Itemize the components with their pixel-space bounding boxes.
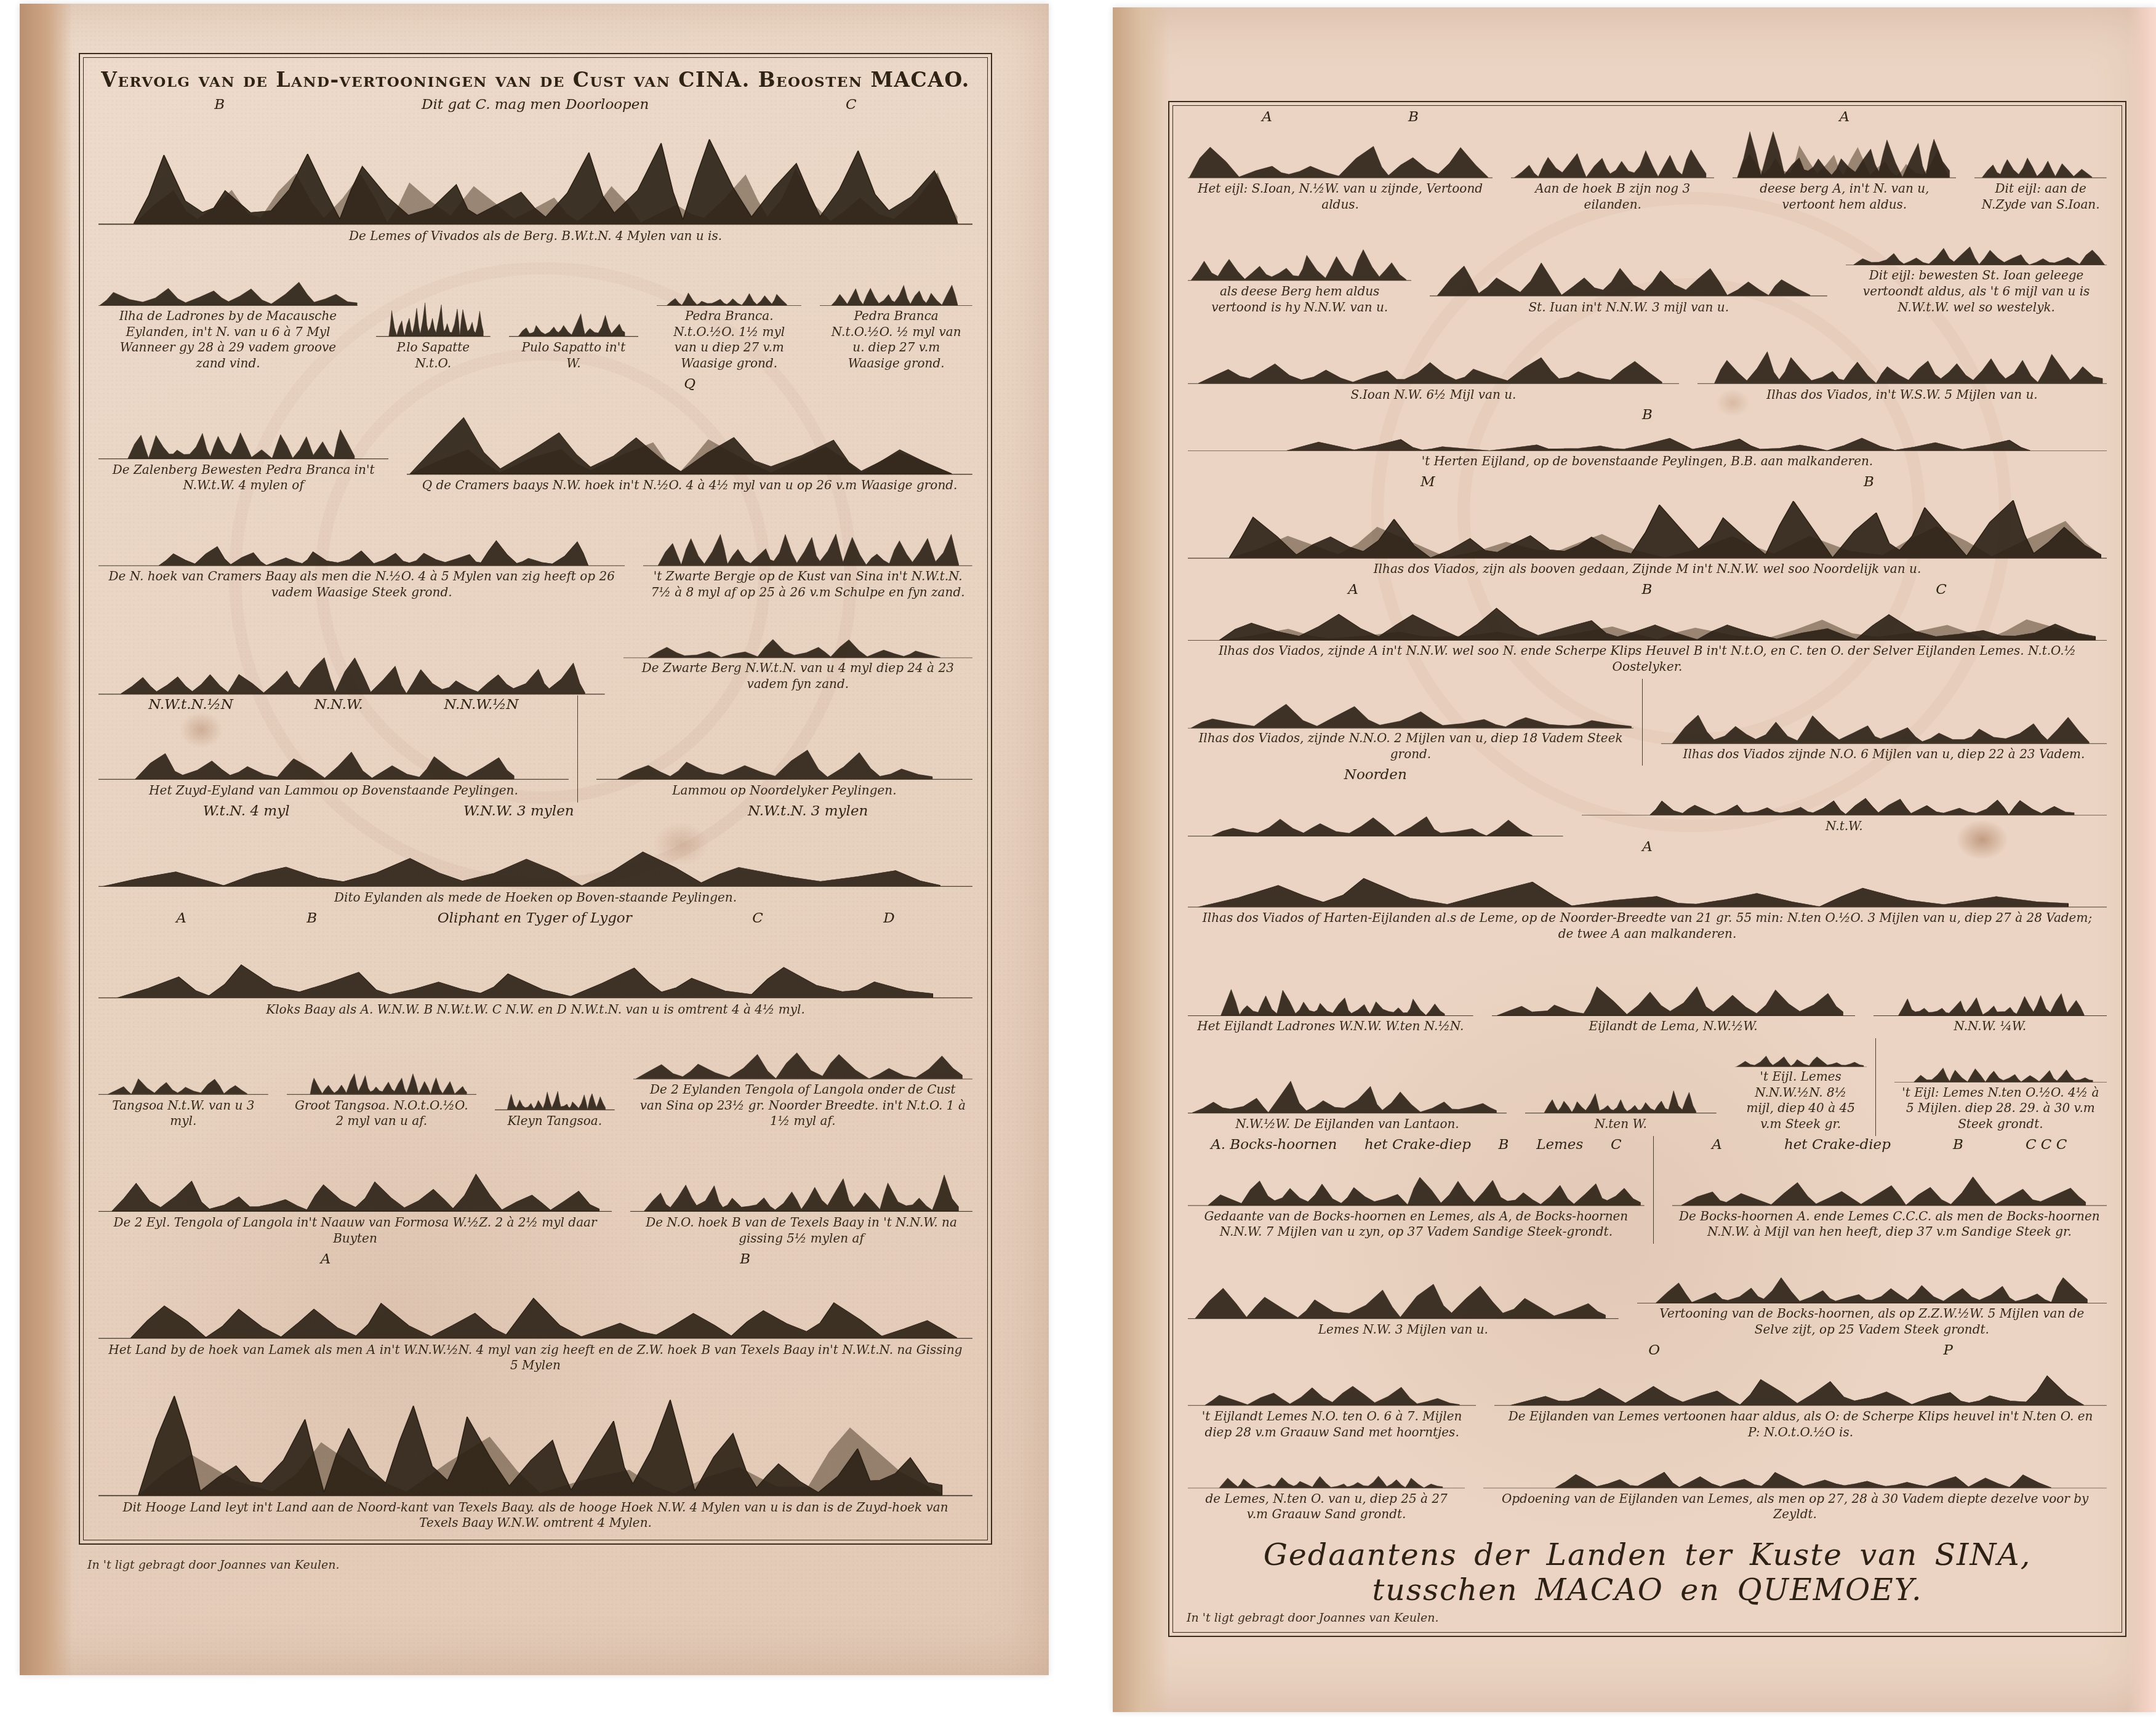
coastline-ridge [1737,132,1950,178]
reference-letter-label: D [883,910,894,926]
reference-letter-label: B [1499,1137,1509,1153]
profile-caption: Kleyn Tangsoa. [495,1111,615,1133]
coastline-ridge [1191,250,1406,281]
coastal-profile-drawing: Ahet Crake-diepBC C C [1672,1136,2107,1207]
coastal-profile-drawing [633,1021,972,1080]
sea-baseline [1525,1113,1717,1113]
coastal-profile-drawing [1735,1038,1867,1067]
coastal-profile-panel: Lammou op Noordelyker Peylingen. [596,695,972,802]
coastline-ridge [618,750,932,779]
coastal-profile-drawing [1846,216,2107,266]
coastline-ridge [159,540,588,565]
coastline-ridge [1982,158,2093,178]
mountain-silhouette [98,375,388,460]
profile-row: Lemes N.W. 3 Mijlen van u.Vertooning van… [1185,1244,2109,1342]
sea-baseline [1188,450,2107,451]
sea-baseline [98,1211,612,1212]
profile-row: Ilhas dos Viados, zijnde N.N.O. 2 Mijlen… [1185,679,2109,766]
sea-baseline [1188,836,1563,837]
profile-row: Dit Hooge Land leyt in't Land aan de Noo… [96,1377,975,1535]
reference-letter-label: P [1943,1342,1952,1358]
coastal-profile-drawing: BDit gat C. mag men DoorloopenC [98,95,972,226]
reference-letter-label: C [1611,1137,1622,1153]
coastal-profile-panel: De N. hoek van Cramers Baay als men die … [98,497,625,604]
sea-baseline [1188,1015,1473,1016]
profile-row: W.t.N. 4 mylW.N.W. 3 mylenN.W.t.N. 3 myl… [96,802,975,910]
profile-row: NoordenN.t.W. [1185,766,2109,838]
profile-row: ABHet Land by de hoek van Lamek als men … [96,1250,975,1377]
coastal-profile-drawing [98,375,388,460]
profile-caption: Groot Tangsoa. N.O.t.O.½O. 2 myl van u a… [287,1096,476,1133]
sea-baseline [98,998,972,998]
coastal-profile-drawing [1974,108,2107,179]
profile-caption: De Zwarte Berg N.W.t.N. van u 4 myl diep… [623,658,972,695]
reference-letter-label: B [307,910,317,926]
coastal-profile-panel: Ilhas dos Viados zijnde N.O. 6 Mijlen va… [1661,679,2107,766]
coastal-profile-panel [98,604,605,696]
coastline-ridge [1189,146,1488,178]
left-plate-title: Vervolg van de Land-vertooningen van de … [84,58,987,93]
coastal-profile-panel: De Zwarte Berg N.W.t.N. van u 4 myl diep… [623,604,972,696]
profile-marks: BDit gat C. mag men DoorloopenC [116,97,955,113]
coastline-ridge [1515,150,1707,177]
profile-row: S.Ioan N.W. 6½ Mijl van u.Ilhas dos Viad… [1185,319,2109,406]
bearing-annotation: Lemes [1536,1137,1583,1153]
coastal-profile-panel: N.W.½W. De Eijlanden van Lantaon. [1188,1038,1507,1136]
reference-letter-label: B [1408,109,1419,125]
mountain-silhouette [1974,108,2107,179]
coastline-ridge [1219,1476,1443,1488]
profile-caption: Gedaante van de Bocks-hoornen en Lemes, … [1188,1207,1645,1244]
sea-baseline [1188,1406,1476,1406]
mountain-silhouette [1188,1341,1476,1407]
mountain-silhouette [1430,216,1827,297]
bearing-annotation: Noorden [1344,767,1407,783]
sea-baseline [1974,177,2107,178]
coastal-profile-panel: Pedra Branca. N.t.O.½O. 1½ myl van u die… [657,248,801,375]
sea-baseline [630,1211,972,1212]
coastline-ridge [1649,799,2074,815]
coastal-profile-panel: ABCIlhas dos Viados, zijnde A in't N.N.W… [1188,581,2107,679]
coastal-profile-panel: Pulo Sapatto in't W. [509,248,638,375]
profile-marks: Q [419,376,961,392]
profile-row: de Lemes, N.ten O. van u, diep 25 à 27 v… [1185,1444,2109,1526]
coastal-profile-drawing [820,248,972,306]
reference-letter-label: B [740,1251,750,1267]
profile-marks: Noorden [1195,767,1555,783]
right-page-outer-edge [2128,7,2156,1712]
profile-row: De N. hoek van Cramers Baay als men die … [96,497,975,604]
coastal-profile-drawing [1188,679,1633,729]
sea-baseline [98,1094,268,1095]
coastal-profile-panel: N.W.t.N.½NN.N.W.N.N.W.½NHet Zuyd-Eyland … [98,695,578,802]
sea-baseline [98,886,972,887]
coastal-profile-panel: Noorden [1188,766,1563,838]
mountain-silhouette [509,248,638,338]
sea-baseline [98,1495,972,1496]
profile-caption: 't Zwarte Bergje op de Kust van Sina in'… [643,567,972,604]
coastal-profile-panel: Tangsoa N.t.W. van u 3 myl. [98,1021,268,1133]
sea-baseline [820,305,972,306]
profile-caption: N.t.W. [1582,817,2107,838]
coastal-profile-panel: BDit gat C. mag men DoorloopenCDe Lemes … [98,95,972,248]
mountain-silhouette [1846,216,2107,266]
sea-baseline [1188,1205,1645,1206]
coastal-profile-panel: N.N.W. ¼W. [1873,946,2107,1038]
mountain-silhouette [1637,1244,2107,1304]
sea-baseline [98,566,625,566]
mountain-silhouette [1188,216,1411,282]
coastal-profile-panel: Eijlandt de Lema, N.W.½W. [1492,946,1855,1038]
profile-row: Het Eijlandt Ladrones W.N.W. W.ten N.½N.… [1185,946,2109,1038]
right-plate-frame: ABHet eijl: S.Ioan, N.½W. van u zijnde, … [1168,101,2126,1637]
profile-marks: AB [1194,109,1486,125]
coastline-ridge [1914,1068,2093,1082]
profile-caption: als deese Berg hem aldus vertoond is hy … [1188,282,1411,319]
sea-baseline [1188,907,2107,908]
coastal-profile-panel: Het Eijlandt Ladrones W.N.W. W.ten N.½N. [1188,946,1473,1038]
profile-row: als deese Berg hem aldus vertoond is hy … [1185,216,2109,319]
profile-row: N.W.½W. De Eijlanden van Lantaon.N.ten W… [1185,1038,2109,1136]
sea-baseline [657,305,801,306]
reference-letter-label: A [1840,109,1850,125]
profile-marks: A [1737,109,1952,125]
coastal-profile-drawing [623,604,972,659]
mountain-silhouette [98,1021,268,1096]
sea-baseline [509,336,638,337]
bearing-annotation: C C C [2026,1137,2067,1153]
coastal-profile-drawing [495,1021,615,1111]
profile-caption: De Zalenberg Bewesten Pedra Branca in't … [98,460,388,497]
coastline-ridge [518,314,625,336]
mountain-silhouette [1735,1038,1867,1067]
profile-caption: deese berg A, in't N. van u, vertoont he… [1733,179,1956,216]
coastline-ridge [1199,879,2068,907]
coastal-profile-panel: Vertooning van de Bocks-hoornen, als op … [1637,1244,2107,1342]
coastal-profile-drawing [98,1133,612,1213]
profile-caption: Het Zuyd-Eyland van Lammou op Bovenstaan… [98,781,569,802]
reference-letter-label: Q [684,376,695,392]
coastal-profile-panel: Ilhas dos Viados, in't W.S.W. 5 Mijlen v… [1697,319,2107,406]
profile-caption: Het Land by de hoek van Lamek als men A … [98,1340,972,1377]
coastal-profile-panel: ABHet Land by de hoek van Lamek als men … [98,1250,972,1377]
bearing-annotation: W.N.W. 3 mylen [463,803,574,819]
coastal-profile-drawing [509,248,638,338]
coastal-profile-drawing [1430,216,1827,297]
profile-row: BDit gat C. mag men DoorloopenCDe Lemes … [96,95,975,248]
profile-marks: N.W.t.N.½NN.N.W.N.N.W.½N [108,697,559,713]
profile-row: De Zwarte Berg N.W.t.N. van u 4 myl diep… [96,604,975,696]
profile-caption: Eijlandt de Lema, N.W.½W. [1492,1017,1855,1038]
coastal-profile-drawing: B [1188,406,2107,452]
right-imprint: In 't ligt gebragt door Joannes van Keul… [1173,1607,2122,1632]
reference-letter-label: A [1712,1137,1722,1153]
profile-caption: Dit eijl: aan de N.Zyde van S.Ioan. [1974,179,2107,216]
profile-row: A. Bocks-hoornenhet Crake-diepBLemesCGed… [1185,1136,2109,1244]
profile-caption: Aan de hoek B zijn nog 3 eilanden. [1511,179,1714,216]
mountain-silhouette [1188,946,1473,1017]
profile-marks: B [1206,407,2088,423]
coastal-profile-panel: B't Herten Eijland, op de bovenstaande P… [1188,406,2107,473]
coastline-ridge [667,293,787,305]
right-profile-rows: ABHet eijl: S.Ioan, N.½W. van u zijnde, … [1173,106,2122,1531]
coastline-ridge [1656,1278,2087,1303]
reference-letter-label: A [1348,582,1358,598]
coastal-profile-drawing [1637,1244,2107,1304]
reference-letter-label: B [1953,1137,1963,1153]
coastal-profile-drawing: MB [1188,473,2107,560]
coastal-profile-panel: Dit eijl: bewesten St. Ioan geleege vert… [1846,216,2107,319]
coastal-profile-drawing [1582,766,2107,816]
coastal-profile-drawing [1188,1444,1465,1489]
coastal-profile-panel: De Zalenberg Bewesten Pedra Branca in't … [98,375,388,497]
profile-caption: N.W.½W. De Eijlanden van Lantaon. [1188,1115,1507,1136]
coastline-ridge [1192,1081,1496,1113]
profile-caption: Ilhas dos Viados, zijnde N.N.O. 2 Mijlen… [1188,729,1633,766]
bearing-annotation: N.N.W. [315,697,363,713]
profile-caption: de Lemes, N.ten O. van u, diep 25 à 27 v… [1188,1489,1465,1526]
profile-caption: N.N.W. ¼W. [1873,1017,2107,1038]
bearing-annotation: N.W.t.N. 3 mylen [748,803,868,819]
scanned-engraving-plates: Vervolg van de Land-vertooningen van de … [0,0,2156,1717]
profile-row: N.W.t.N.½NN.N.W.N.N.W.½NHet Zuyd-Eyland … [96,695,975,802]
sea-baseline [1188,1113,1507,1113]
coastal-profile-panel: Lemes N.W. 3 Mijlen van u. [1188,1244,1619,1342]
coastal-profile-drawing [1697,319,2107,385]
sea-baseline [98,1338,972,1339]
coastal-profile-drawing: AB [1188,108,1493,179]
coastline-ridge [659,534,959,566]
coastline-ridge [131,1299,957,1338]
mountain-silhouette [1697,319,2107,385]
coastal-profile-panel: De 2 Eyl. Tengola of Langola in't Naauw … [98,1133,612,1250]
coastal-profile-panel: Aan de hoek B zijn nog 3 eilanden. [1511,108,1714,216]
profile-caption: Het eijl: S.Ioan, N.½W. van u zijnde, Ve… [1188,179,1493,216]
coastal-profile-panel: P.lo Sapatte N.t.O. [376,248,491,375]
reference-letter-label: M [1421,474,1435,490]
sea-baseline [1511,177,1714,178]
bearing-annotation: Oliphant en Tyger of Lygor [438,910,632,926]
profile-caption: Pulo Sapatto in't W. [509,338,638,375]
coastal-profile-drawing: Q [407,375,972,476]
sea-baseline [1188,177,1493,178]
coastal-profile-drawing: A. Bocks-hoornenhet Crake-diepBLemesC [1188,1136,1645,1207]
sea-baseline [1188,383,1679,384]
sea-baseline [1846,265,2107,266]
sea-baseline [1661,743,2107,743]
sea-baseline [1483,1488,2107,1489]
coastal-profile-panel: AIlhas dos Viados of Harten-Eijlanden al… [1188,838,2107,945]
coastline-ridge [832,285,958,305]
coastline-ridge [636,1053,962,1079]
sea-baseline [623,657,972,658]
mountain-silhouette [98,1377,972,1498]
mountain-silhouette [98,1133,612,1213]
coastline-ridge [1192,704,1632,728]
mountain-silhouette [623,604,972,659]
sea-baseline [98,779,569,780]
coastal-profile-drawing [657,248,801,306]
mountain-silhouette [1582,766,2107,816]
coastline-ridge [1898,993,2084,1015]
coastal-profile-panel: N.ten W. [1525,1038,1717,1136]
coastal-profile-panel: W.t.N. 4 mylW.N.W. 3 mylenN.W.t.N. 3 myl… [98,802,972,910]
sea-baseline [376,336,491,337]
coastal-profile-drawing [1661,679,2107,745]
bearing-annotation: W.t.N. 4 myl [203,803,290,819]
bearing-annotation: het Crake-diep [1365,1137,1471,1153]
coastal-profile-panel: De 2 Eylanden Tengola of Langola onder d… [633,1021,972,1133]
coastline-ridge [112,1174,599,1211]
profile-caption: Ilhas dos Viados, in't W.S.W. 5 Mijlen v… [1697,385,2107,407]
coastal-profile-drawing [1188,216,1411,282]
right-plate: ABHet eijl: S.Ioan, N.½W. van u zijnde, … [1172,105,2122,1633]
reference-letter-label: B [1642,582,1653,598]
coastal-profile-drawing [287,1021,476,1096]
sea-baseline [1733,177,1956,178]
profile-caption: Dit Hooge Land leyt in't Land aan de Noo… [98,1498,972,1535]
profile-row: ABOliphant en Tyger of LygorCDKloks Baay… [96,909,975,1021]
profile-caption: Lemes N.W. 3 Mijlen van u. [1188,1320,1619,1342]
profile-caption: De 2 Eyl. Tengola of Langola in't Naauw … [98,1213,612,1250]
reference-letter-label: B [1864,474,1874,490]
profile-marks: OP [1507,1342,2094,1358]
mountain-silhouette [98,604,605,696]
left-page: Vervolg van de Land-vertooningen van de … [20,4,1049,1675]
profile-caption: S.Ioan N.W. 6½ Mijl van u. [1188,385,1679,407]
mountain-silhouette [630,1133,972,1213]
coastal-profile-panel: 't Zwarte Bergje op de Kust van Sina in'… [643,497,972,604]
coastline-ridge [644,1175,959,1211]
coastal-profile-drawing [1188,1244,1619,1320]
coastal-profile-drawing [98,248,358,306]
mountain-silhouette [1188,319,1679,385]
profile-caption: De Lemes of Vivados als de Berg. B.W.t.N… [98,226,972,248]
reference-letter-label: B [1642,407,1653,423]
profile-marks: MB [1206,474,2088,490]
coastline-ridge [1287,438,2030,450]
sea-baseline [407,474,972,474]
reference-letter-label: A [1262,109,1272,125]
profile-caption: Lammou op Noordelyker Peylingen. [596,781,972,802]
coastal-profile-drawing [643,497,972,567]
coastline-ridge [100,282,357,305]
profile-caption: De N.O. hoek B van de Texels Baay in 't … [630,1213,972,1250]
bearing-annotation: Dit gat C. mag men Doorloopen [422,97,649,113]
coastal-profile-panel: Adeese berg A, in't N. van u, vertoont h… [1733,108,1956,216]
sea-baseline [1188,558,2107,558]
profile-row: Ilha de Ladrones by de Macausche Eylande… [96,248,975,375]
coastline-ridge [1195,1284,1605,1318]
mountain-silhouette [1188,1038,1507,1115]
profile-caption: 't Eijlandt Lemes N.O. ten O. 6 à 7. Mij… [1188,1407,1476,1444]
profile-caption: Vertooning van de Bocks-hoornen, als op … [1637,1304,2107,1341]
sea-baseline [287,1094,476,1095]
sea-baseline [1188,1488,1465,1489]
right-page: ABHet eijl: S.Ioan, N.½W. van u zijnde, … [1113,7,2156,1712]
profile-caption: 't Herten Eijland, op de bovenstaande Pe… [1188,452,2107,473]
profile-caption: Opdoening van de Eijlanden van Lemes, al… [1483,1489,2107,1526]
profile-caption: 't Eijl: Lemes N.ten O.½O. 4½ à 5 Mijlen… [1894,1083,2107,1136]
mountain-silhouette [1188,679,1633,729]
coastline-ridge [410,417,952,473]
coastal-profile-drawing [1188,946,1473,1017]
coastline-ridge [1544,1091,1696,1113]
mountain-silhouette [633,1021,972,1080]
mountain-silhouette [1511,108,1714,179]
coastal-profile-drawing [1492,946,1855,1017]
coastal-profile-drawing: ABC [1188,581,2107,641]
mountain-silhouette [1525,1038,1717,1115]
profile-row: Tangsoa N.t.W. van u 3 myl.Groot Tangsoa… [96,1021,975,1133]
coastal-profile-drawing: Noorden [1188,766,1563,838]
profile-caption: Ilhas dos Viados, zijnde A in't N.N.W. w… [1188,641,2107,678]
profile-marks: W.t.N. 4 mylW.N.W. 3 mylenN.W.t.N. 3 myl… [116,803,955,819]
coastal-profile-panel: Opdoening van de Eijlanden van Lemes, al… [1483,1444,2107,1526]
profile-caption: De Eijlanden van Lemes vertoonen haar al… [1494,1407,2107,1444]
profile-caption: Ilhas dos Viados of Harten-Eijlanden al.… [1188,908,2107,945]
coastal-profile-panel: ABOliphant en Tyger of LygorCDKloks Baay… [98,909,972,1021]
profile-caption: N.ten W. [1525,1115,1717,1136]
coastal-profile-panel: Ahet Crake-diepBC C CDe Bocks-hoornen A.… [1672,1136,2107,1244]
profile-caption: Tangsoa N.t.W. van u 3 myl. [98,1096,268,1133]
coastal-profile-drawing [1525,1038,1717,1115]
coastal-profile-drawing: N.W.t.N.½NN.N.W.N.N.W.½N [98,695,569,781]
profile-row: 't Eijlandt Lemes N.O. ten O. 6 à 7. Mij… [1185,1341,2109,1444]
mountain-silhouette [98,497,625,567]
sea-baseline [1492,1015,1855,1016]
coastline-ridge [1555,1473,2051,1488]
sea-baseline [1494,1406,2107,1406]
sea-baseline [98,458,388,459]
sea-baseline [643,566,972,566]
mountain-silhouette [1483,1444,2107,1489]
mountain-silhouette [376,248,491,338]
coastline-ridge [1715,352,2102,383]
mountain-silhouette [98,248,358,306]
coastal-profile-drawing [1188,1341,1476,1407]
left-page-binding-edge [20,4,73,1675]
coastal-profile-panel: 't Eijlandt Lemes N.O. ten O. 6 à 7. Mij… [1188,1341,1476,1444]
coastal-profile-drawing: OP [1494,1341,2107,1407]
profile-marks: ABC [1206,582,2088,598]
coastal-profile-panel: A. Bocks-hoornenhet Crake-diepBLemesCGed… [1188,1136,1654,1244]
mountain-silhouette [287,1021,476,1096]
coastal-profile-panel: MBIlhas dos Viados, zijn als booven geda… [1188,473,2107,581]
profile-caption: Ilhas dos Viados zijnde N.O. 6 Mijlen va… [1661,745,2107,766]
mountain-silhouette [1492,946,1855,1017]
reference-letter-label: A [321,1251,331,1267]
sea-baseline [98,305,358,306]
coastal-profile-drawing [98,497,625,567]
sea-baseline [1873,1015,2107,1016]
reference-letter-label: C [846,97,857,113]
sea-baseline [1894,1082,2107,1083]
profile-row: B't Herten Eijland, op de bovenstaande P… [1185,406,2109,473]
coastal-profile-drawing: ABOliphant en Tyger of LygorCD [98,909,972,999]
sea-baseline [1188,281,1411,281]
sea-baseline [1697,383,2107,384]
profile-caption: Het Eijlandt Ladrones W.N.W. W.ten N.½N. [1188,1017,1473,1038]
coastal-profile-drawing [98,1021,268,1096]
profile-row: MBIlhas dos Viados, zijn als booven geda… [1185,473,2109,581]
coastline-ridge [128,430,355,458]
bearing-annotation: N.W.t.N.½N [148,697,233,713]
coastal-profile-panel: 't Eijl. Lemes N.N.W.½N. 8½ mijl, diep 4… [1735,1038,1876,1136]
coastal-profile-drawing: A [1733,108,1956,179]
bearing-annotation: A. Bocks-hoornen [1211,1137,1337,1153]
left-imprint: In 't ligt gebragt door Joannes van Keul… [87,1558,340,1572]
